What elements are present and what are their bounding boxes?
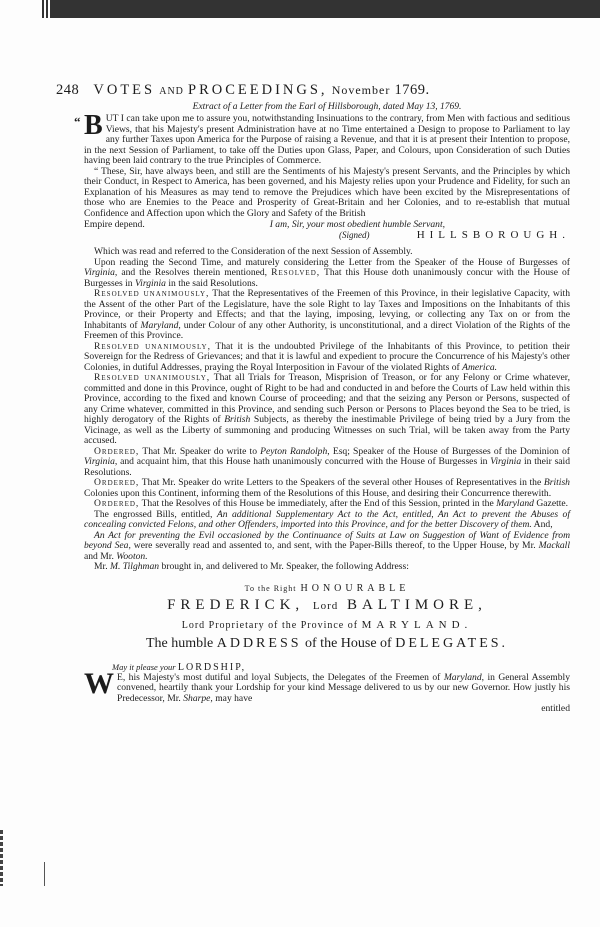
second-bill-paragraph: An Act for preventing the Evil occasione… xyxy=(84,531,570,563)
scan-top-border xyxy=(52,0,600,18)
drop-cap-b: B xyxy=(84,115,103,137)
tilghman-paragraph: Mr. M. Tilghman brought in, and delivere… xyxy=(84,562,570,573)
engrossed-bills-paragraph: The engrossed Bills, entitled, An additi… xyxy=(84,510,570,531)
scan-margin-mark xyxy=(44,862,45,886)
running-header: 248 VOTES AND PROCEEDINGS, November 1769… xyxy=(56,82,570,99)
letter-body: “ BUT I can take upon me to assure you, … xyxy=(84,114,570,241)
header-year: 1769. xyxy=(394,82,429,98)
address-heading: To the Right HONOURABLE FREDERICK, Lord … xyxy=(84,583,570,652)
address-line-frederick: FREDERICK, Lord BALTIMORE, xyxy=(84,597,570,614)
header-proceedings: PROCEEDINGS, xyxy=(188,82,328,98)
resolution-3: Resolved unanimously, That all Trials fo… xyxy=(84,373,570,447)
order-2: Ordered, That Mr. Speaker do write Lette… xyxy=(84,478,570,499)
letter-paragraph-1: BUT I can take upon me to assure you, no… xyxy=(84,114,570,167)
signature-hillsborough: HILLSBOROUGH. xyxy=(417,230,570,241)
letter-paragraph-2: “ These, Sir, have always been, and stil… xyxy=(84,167,570,220)
header-month: November xyxy=(332,83,391,97)
proceedings-section: Which was read and referred to the Consi… xyxy=(84,247,570,573)
header-and: AND xyxy=(159,86,184,97)
scan-left-margin-artifact xyxy=(0,830,3,886)
header-votes: VOTES xyxy=(93,82,155,98)
address-line-humble: The humble ADDRESS of the House of DELEG… xyxy=(84,636,570,652)
catchword: entitled xyxy=(84,704,570,715)
signature-line: (Signed) HILLSBOROUGH. xyxy=(84,230,570,241)
second-reading-paragraph: Upon reading the Second Time, and mature… xyxy=(84,258,570,290)
open-quote-mark: “ xyxy=(74,114,81,130)
drop-cap-w: W xyxy=(84,673,114,695)
order-1: Ordered, That Mr. Speaker do write to Pe… xyxy=(84,447,570,479)
closing-left: Empire depend. xyxy=(84,219,145,230)
resolution-2: Resolved unanimously, That it is the und… xyxy=(84,342,570,374)
letter-title: Extract of a Letter from the Earl of Hil… xyxy=(84,102,570,112)
resolution-1: Resolved unanimously, That the Represent… xyxy=(84,289,570,342)
signed-label: (Signed) xyxy=(339,230,370,241)
document-page: 248 VOTES AND PROCEEDINGS, November 1769… xyxy=(84,82,570,715)
address-line-to: To the Right HONOURABLE xyxy=(84,583,570,594)
address-line-proprietary: Lord Proprietary of the Province of MARY… xyxy=(84,619,570,631)
address-body: W E, his Majesty's most dutiful and loya… xyxy=(84,673,570,705)
page-number: 248 xyxy=(56,82,79,98)
